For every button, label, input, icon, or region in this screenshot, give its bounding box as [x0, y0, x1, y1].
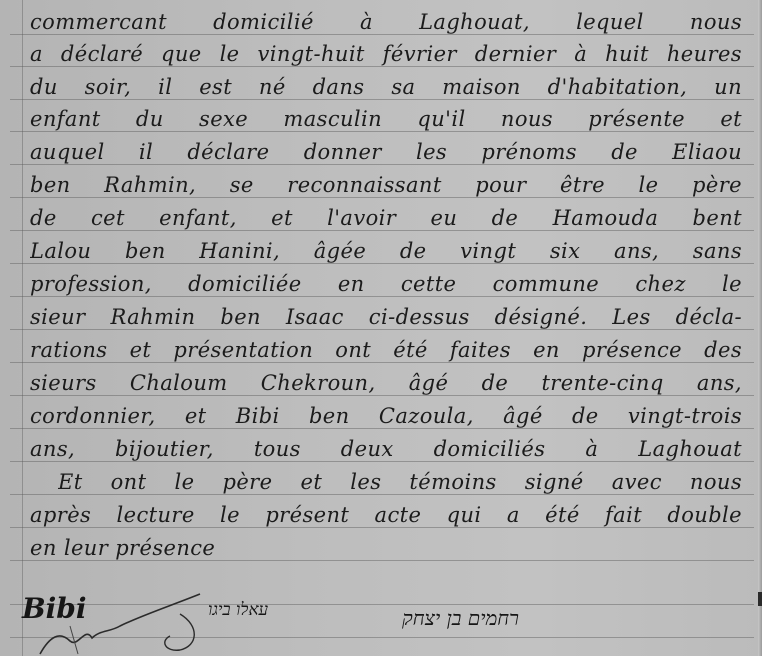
text-line: de cet enfant, et l'avoir eu de Hamouda …: [30, 206, 742, 236]
text-line: a déclaré que le vingt-huit février dern…: [30, 42, 742, 72]
text-line: du soir, il est né dans sa maison d'habi…: [30, 75, 742, 105]
officer-signature-flourish: [30, 586, 210, 656]
text-line: ben Rahmin, se reconnaissant pour être l…: [30, 173, 742, 203]
text-line: ans, bijoutier, tous deux domiciliés à L…: [30, 437, 742, 467]
text-line: sieur Rahmin ben Isaac ci-dessus désigné…: [30, 305, 742, 335]
text-line: Et ont le père et les témoins signé avec…: [58, 470, 742, 500]
text-line: enfant du sexe masculin qu'il nous prése…: [30, 107, 742, 137]
text-line: rations et présentation ont été faites e…: [30, 338, 742, 368]
document-page: commercant domicilié à Laghouat, lequel …: [0, 0, 762, 656]
text-line: cordonnier, et Bibi ben Cazoula, âgé de …: [30, 404, 742, 434]
signature-hebrew-witness: עאלו ביגו: [208, 600, 268, 620]
text-line: profession, domiciliée en cette commune …: [30, 272, 742, 302]
text-line: en leur présence: [30, 536, 215, 566]
text-line: après lecture le présent acte qui a été …: [30, 503, 742, 533]
text-line: sieurs Chaloum Chekroun, âgé de trente-c…: [30, 371, 742, 401]
signature-hebrew-father: רחמים בן יצחק: [402, 606, 519, 631]
page-edge-mark: [758, 592, 762, 606]
text-line: auquel il déclare donner les prénoms de …: [30, 140, 742, 170]
text-line: Lalou ben Hanini, âgée de vingt six ans,…: [30, 239, 742, 269]
page-edge: [758, 0, 762, 656]
text-line: commercant domicilié à Laghouat, lequel …: [30, 10, 742, 40]
